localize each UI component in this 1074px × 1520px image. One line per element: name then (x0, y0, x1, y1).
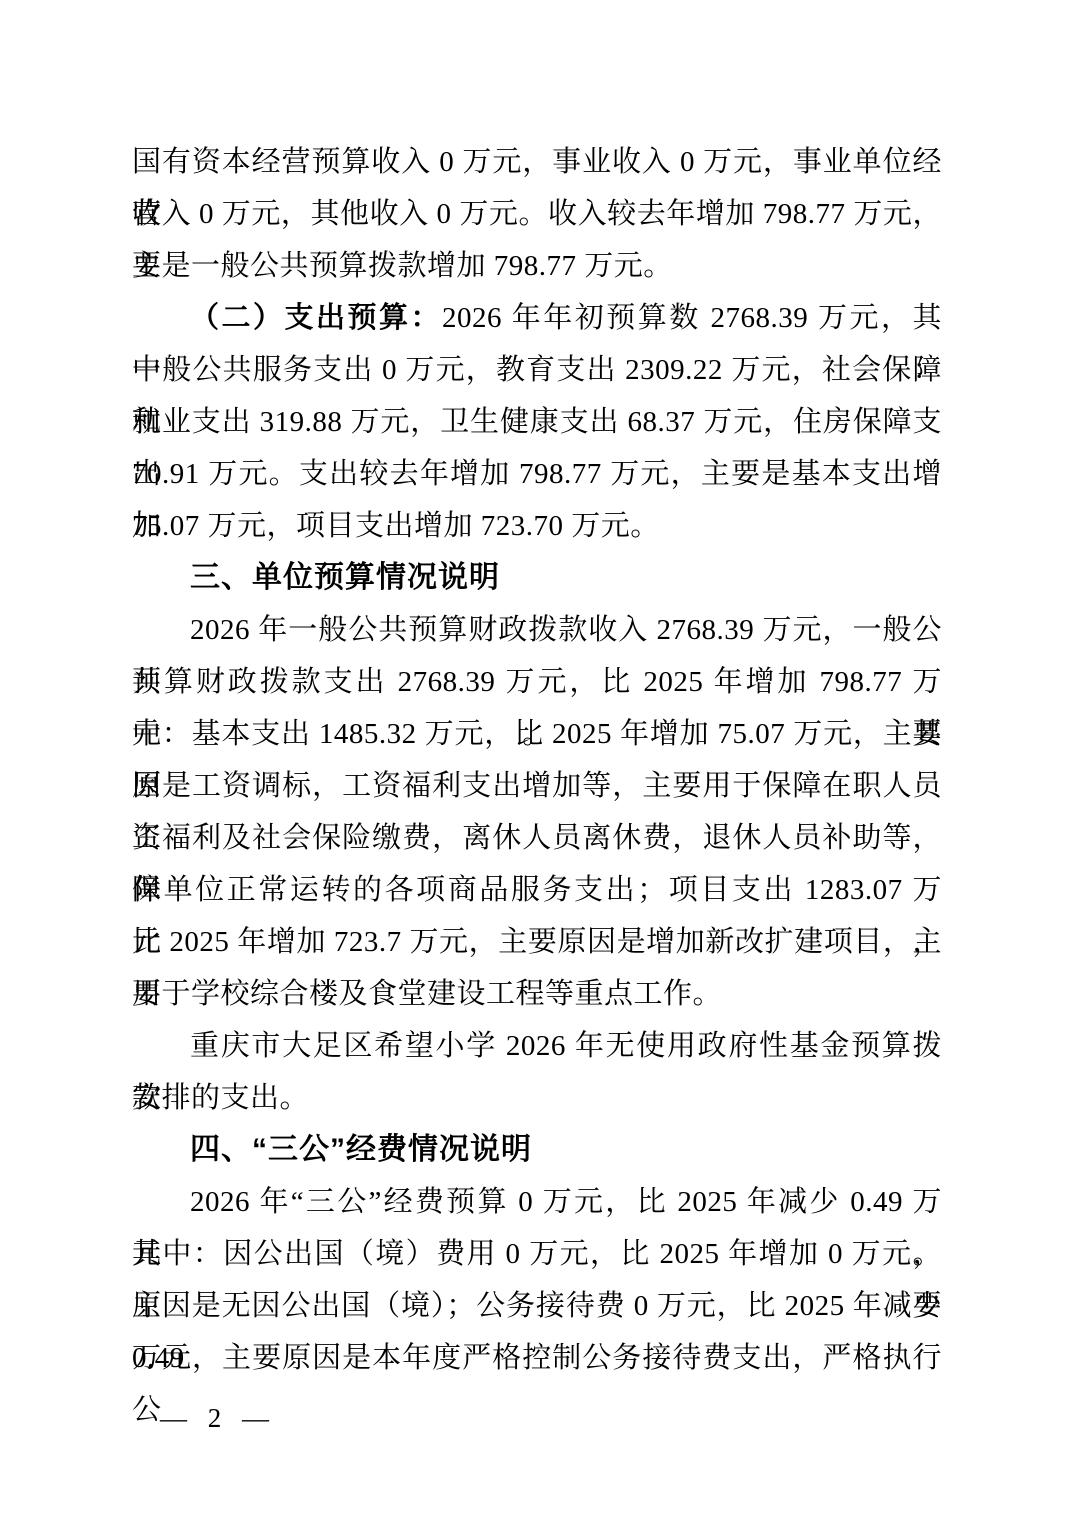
text-line: 中：基本支出 1485.32 万元，比 2025 年增加 75.07 万元，主要… (132, 708, 942, 760)
text-line: 2026 年“三公”经费预算 0 万元，比 2025 年减少 0.49 万元。 (132, 1176, 942, 1228)
text-line: 一般公共服务支出 0 万元，教育支出 2309.22 万元，社会保障和 (132, 344, 942, 396)
section-heading: 四、“三公”经费情况说明 (132, 1124, 942, 1176)
document-page: 国有资本经营预算收入 0 万元，事业收入 0 万元，事业单位经营收入 0 万元，… (0, 0, 1074, 1520)
text-line: 用于学校综合楼及食堂建设工程等重点工作。 (132, 968, 942, 1020)
emphasis-text: （二）支出预算： (190, 302, 442, 334)
text-line: 原因是无因公出国（境）；公务接待费 0 万元，比 2025 年减少 0.49 (132, 1280, 942, 1332)
text-line: 万元，主要原因是本年度严格控制公务接待费支出，严格执行公 (132, 1332, 942, 1384)
text-line: 要是一般公共预算拨款增加 798.77 万元。 (132, 240, 942, 292)
text-line: 2026 年一般公共预算财政拨款收入 2768.39 万元，一般公共 (132, 604, 942, 656)
text-line: 75.07 万元，项目支出增加 723.70 万元。 (132, 500, 942, 552)
text-line: 70.91 万元。支出较去年增加 798.77 万元，主要是基本支出增加 (132, 448, 942, 500)
text-line: 比 2025 年增加 723.7 万元，主要原因是增加新改扩建项目，主要 (132, 916, 942, 968)
text-line: 重庆市大足区希望小学 2026 年无使用政府性基金预算拨款 (132, 1020, 942, 1072)
text-line: 国有资本经营预算收入 0 万元，事业收入 0 万元，事业单位经营 (132, 136, 942, 188)
text-line: 预算财政拨款支出 2768.39 万元，比 2025 年增加 798.77 万元… (132, 656, 942, 708)
text-line: 收入 0 万元，其他收入 0 万元。收入较去年增加 798.77 万元，主 (132, 188, 942, 240)
text-line: 安排的支出。 (132, 1072, 942, 1124)
page-number: — 2 — (160, 1396, 276, 1440)
section-heading: 三、单位预算情况说明 (132, 552, 942, 604)
text-line: 其中：因公出国（境）费用 0 万元，比 2025 年增加 0 万元，主要 (132, 1228, 942, 1280)
text-line: 资福利及社会保险缴费，离休人员离休费，退休人员补助等，保 (132, 812, 942, 864)
text-line: 就业支出 319.88 万元，卫生健康支出 68.37 万元，住房保障支出 (132, 396, 942, 448)
text-block: 国有资本经营预算收入 0 万元，事业收入 0 万元，事业单位经营收入 0 万元，… (132, 136, 942, 1384)
text-line: （二）支出预算：2026 年年初预算数 2768.39 万元，其中： (132, 292, 942, 344)
text-line: 障单位正常运转的各项商品服务支出；项目支出 1283.07 万元， (132, 864, 942, 916)
text-line: 因是工资调标，工资福利支出增加等，主要用于保障在职人员工 (132, 760, 942, 812)
